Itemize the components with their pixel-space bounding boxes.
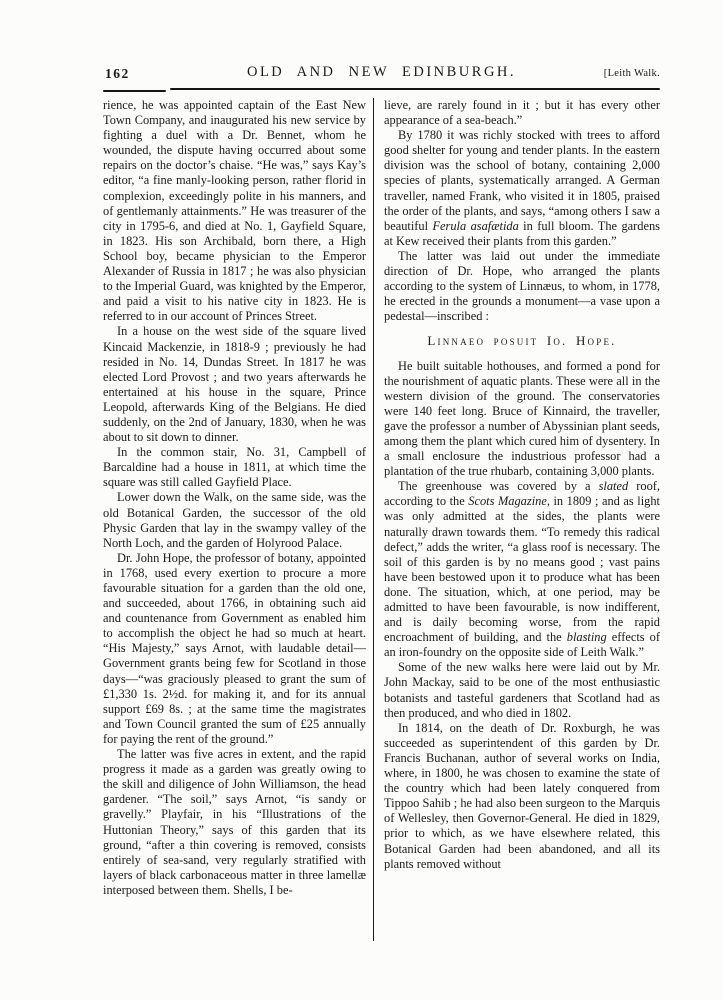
paragraph: rience, he was appointed captain of the … [103, 98, 366, 324]
paragraph: Lower down the Walk, on the same side, w… [103, 490, 366, 550]
paragraph: Dr. John Hope, the professor of botany, … [103, 551, 366, 747]
paragraph: In a house on the west side of the squar… [103, 324, 366, 445]
header-rule [103, 87, 660, 92]
header-rule-main-segment [170, 88, 660, 90]
book-page: 162 OLD AND NEW EDINBURGH. [Leith Walk. … [0, 0, 722, 1000]
column-left: rience, he was appointed captain of the … [103, 98, 366, 941]
paragraph: In the common stair, No. 31, Campbell of… [103, 445, 366, 490]
column-right: lieve, are rarely found in it ; but it h… [384, 98, 660, 941]
inscription-heading: Linnaeo posuit Io. Hope. [384, 333, 660, 348]
page-title: OLD AND NEW EDINBURGH. [103, 64, 660, 81]
running-head: 162 OLD AND NEW EDINBURGH. [Leith Walk. [103, 64, 660, 84]
paragraph: Some of the new walks here were laid out… [384, 660, 660, 720]
running-title: [Leith Walk. [604, 68, 660, 79]
paragraph: In 1814, on the death of Dr. Roxburgh, h… [384, 721, 660, 872]
paragraph: The greenhouse was covered by a slated r… [384, 479, 660, 660]
paragraph: The latter was laid out under the immedi… [384, 249, 660, 324]
paragraph: He built suitable hothouses, and formed … [384, 359, 660, 480]
text-columns: rience, he was appointed captain of the … [103, 98, 660, 941]
column-divider-rule [373, 98, 374, 941]
paragraph: lieve, are rarely found in it ; but it h… [384, 98, 660, 128]
paragraph: The latter was five acres in extent, and… [103, 747, 366, 898]
header-rule-left-segment [103, 90, 166, 92]
paragraph: By 1780 it was richly stocked with trees… [384, 128, 660, 249]
